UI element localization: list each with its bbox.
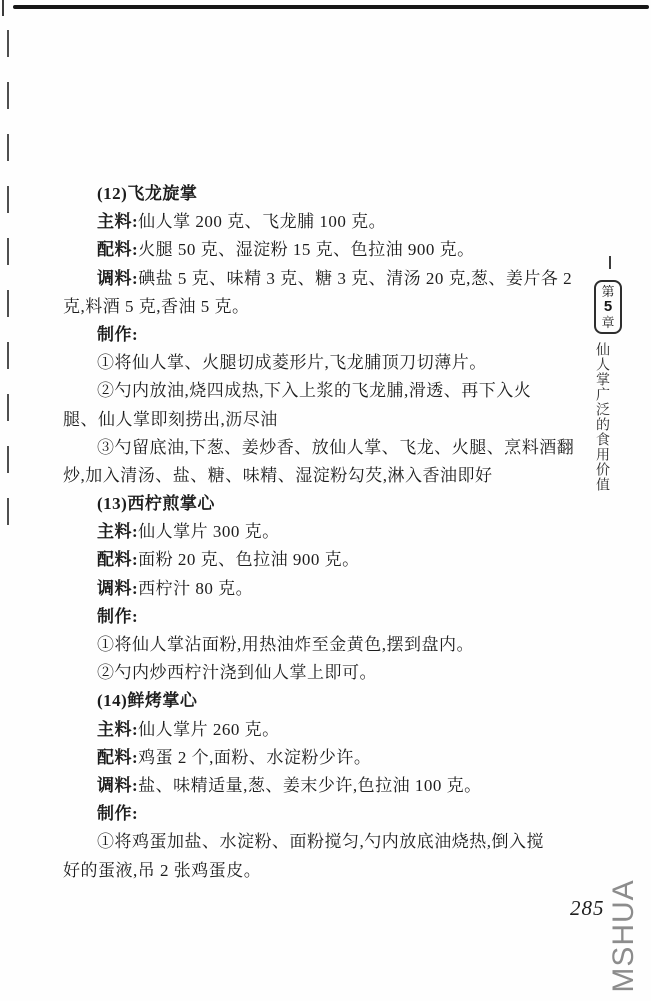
text-segment-bold: (14)鲜烤掌心 [97,691,197,710]
text-line: 制作: [63,800,563,828]
text-block: (12)飞龙旋掌主料:仙人掌 200 克、飞龙脯 100 克。配料:火腿 50 … [63,180,563,885]
text-line: 调料:碘盐 5 克、味精 3 克、糖 3 克、清汤 20 克,葱、姜片各 2 [63,265,563,293]
chapter-tab: 第 5 章 [594,280,622,334]
text-segment: 火腿 50 克、湿淀粉 15 克、色拉油 900 克。 [138,240,475,259]
scanned-book-page: (12)飞龙旋掌主料:仙人掌 200 克、飞龙脯 100 克。配料:火腿 50 … [0,0,651,1001]
text-line: 主料:仙人掌片 300 克。 [63,518,563,546]
text-line: ②勺内放油,烧四成热,下入上浆的飞龙脯,滑透、再下入火 [63,377,563,405]
text-line: ①将仙人掌沾面粉,用热油炸至金黄色,摆到盘内。 [63,631,563,659]
text-line: 克,料酒 5 克,香油 5 克。 [63,293,563,321]
text-line: 主料:仙人掌片 260 克。 [63,716,563,744]
text-line: 制作: [63,603,563,631]
text-segment-bold: 主料: [97,720,138,739]
chapter-tab-top: 第 [601,284,614,299]
page-number: 285 [570,896,605,921]
text-segment: ②勺内放油,烧四成热,下入上浆的飞龙脯,滑透、再下入火 [97,381,531,400]
text-line: 腿、仙人掌即刻捞出,沥尽油 [63,406,563,434]
text-segment-bold: 配料: [97,550,138,569]
text-line: 调料:盐、味精适量,葱、姜末少许,色拉油 100 克。 [63,772,563,800]
text-segment: ①将仙人掌、火腿切成菱形片,飞龙脯顶刀切薄片。 [97,353,487,372]
text-segment-bold: 调料: [97,269,138,288]
top-left-scan-tick [2,0,4,16]
text-segment: 仙人掌片 260 克。 [138,720,280,739]
text-line: 配料:火腿 50 克、湿淀粉 15 克、色拉油 900 克。 [63,236,563,264]
text-segment: 西柠汁 80 克。 [138,579,253,598]
text-segment-bold: 制作: [97,607,138,626]
chapter-tab-number: 5 [604,299,612,315]
text-segment-bold: 制作: [97,804,138,823]
text-segment-bold: (12)飞龙旋掌 [97,184,197,203]
chapter-title-vertical: 仙人掌广泛的食用价值 [593,342,609,492]
text-segment: ①将仙人掌沾面粉,用热油炸至金黄色,摆到盘内。 [97,635,474,654]
text-line: 主料:仙人掌 200 克、飞龙脯 100 克。 [63,208,563,236]
text-segment: ①将鸡蛋加盐、水淀粉、面粉搅匀,勺内放底油烧热,倒入搅 [97,832,544,851]
text-line: 调料:西柠汁 80 克。 [63,575,563,603]
text-segment: 腿、仙人掌即刻捞出,沥尽油 [63,410,278,429]
text-segment-bold: 制作: [97,325,138,344]
text-line: (14)鲜烤掌心 [63,687,563,715]
text-line: 配料:鸡蛋 2 个,面粉、水淀粉少许。 [63,744,563,772]
text-segment: ②勺内炒西柠汁浇到仙人掌上即可。 [97,663,377,682]
watermark: MSHUA [607,879,641,992]
text-line: ②勺内炒西柠汁浇到仙人掌上即可。 [63,659,563,687]
text-line: 配料:面粉 20 克、色拉油 900 克。 [63,546,563,574]
text-line: 炒,加入清汤、盐、糖、味精、湿淀粉勾芡,淋入香油即好 [63,462,563,490]
top-scan-rule [13,5,649,9]
text-segment: 仙人掌 200 克、飞龙脯 100 克。 [138,212,386,231]
text-segment: 鸡蛋 2 个,面粉、水淀粉少许。 [138,748,371,767]
text-segment-bold: 调料: [97,579,138,598]
text-segment-bold: (13)西柠煎掌心 [97,494,215,513]
text-segment-bold: 主料: [97,522,138,541]
text-segment-bold: 调料: [97,776,138,795]
text-segment: 面粉 20 克、色拉油 900 克。 [138,550,360,569]
chapter-tab-tick [609,256,611,269]
text-line: (13)西柠煎掌心 [63,490,563,518]
text-segment-bold: 配料: [97,748,138,767]
text-line: (12)飞龙旋掌 [63,180,563,208]
text-line: ①将仙人掌、火腿切成菱形片,飞龙脯顶刀切薄片。 [63,349,563,377]
chapter-tab-bottom: 章 [601,315,614,330]
text-segment: 炒,加入清汤、盐、糖、味精、湿淀粉勾芡,淋入香油即好 [63,466,493,485]
text-line: 好的蛋液,吊 2 张鸡蛋皮。 [63,857,563,885]
left-binding-marks [7,30,9,525]
text-segment: 好的蛋液,吊 2 张鸡蛋皮。 [63,861,261,880]
text-segment: 盐、味精适量,葱、姜末少许,色拉油 100 克。 [138,776,482,795]
text-segment: 碘盐 5 克、味精 3 克、糖 3 克、清汤 20 克,葱、姜片各 2 [138,269,572,288]
text-segment: 克,料酒 5 克,香油 5 克。 [63,297,250,316]
text-segment: ③勺留底油,下葱、姜炒香、放仙人掌、飞龙、火腿、烹料酒翻 [97,438,574,457]
text-line: ①将鸡蛋加盐、水淀粉、面粉搅匀,勺内放底油烧热,倒入搅 [63,828,563,856]
text-line: ③勺留底油,下葱、姜炒香、放仙人掌、飞龙、火腿、烹料酒翻 [63,434,563,462]
text-segment-bold: 主料: [97,212,138,231]
text-segment: 仙人掌片 300 克。 [138,522,280,541]
text-line: 制作: [63,321,563,349]
text-segment-bold: 配料: [97,240,138,259]
